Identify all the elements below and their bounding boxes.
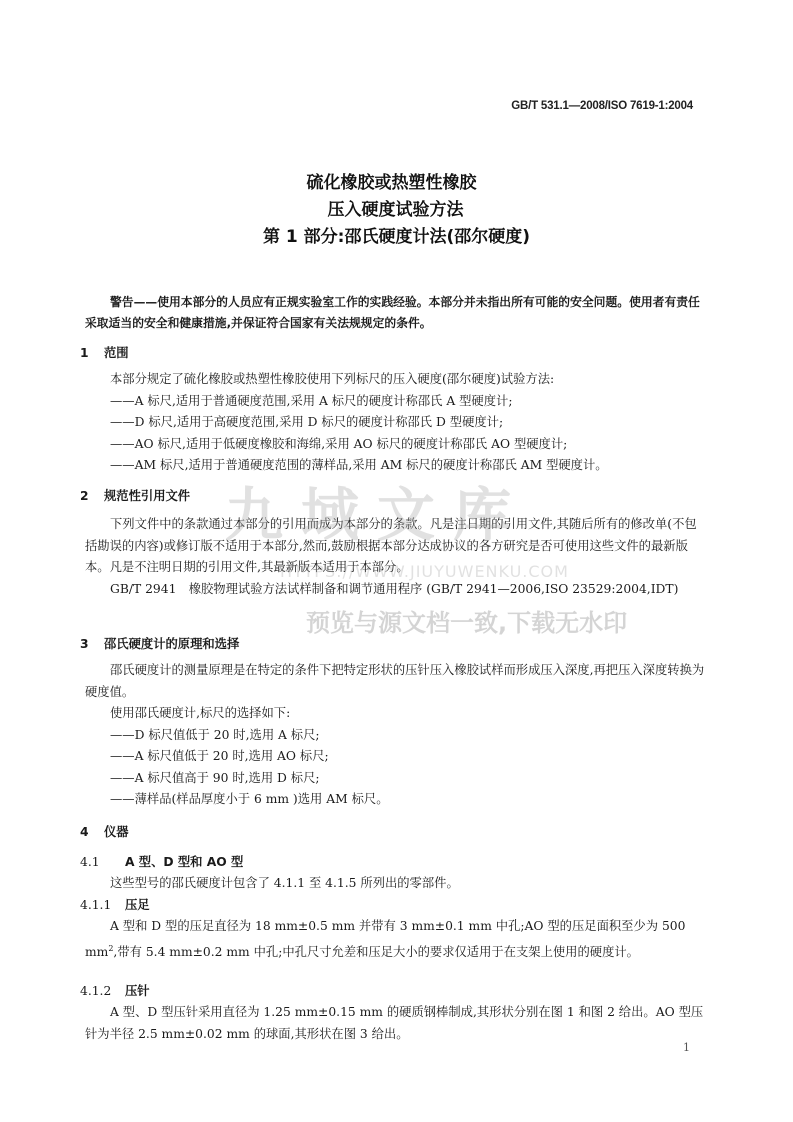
document-title: 硫化橡胶或热塑性橡胶 压入硬度试验方法 第 1 部分:邵氏硬度计法(邵尔硬度): [0, 170, 793, 251]
section-4-1-1-paragraph: A 型和 D 型的压足直径为 18 mm±0.5 mm 并带有 3 mm±0.1…: [85, 916, 707, 963]
list-item: ——A 标尺值低于 20 时,选用 AO 标尺;: [85, 746, 707, 768]
paragraph-text: 这些型号的邵氏硬度计包含了 4.1.1 至 4.1.5 所列出的零部件。: [85, 873, 707, 895]
section-title: 仪器: [104, 825, 129, 839]
section-4-1-2-heading: 4.1.2压针: [80, 981, 150, 999]
list-item: ——D 标尺,适用于高硬度范围,采用 D 标尺的硬度计称邵氏 D 型硬度计;: [85, 412, 707, 434]
section-title: A 型、D 型和 AO 型: [125, 855, 243, 869]
section-number: 4.1: [80, 855, 125, 869]
title-line-3: 第 1 部分:邵氏硬度计法(邵尔硬度): [0, 224, 793, 251]
paragraph-text: A 型和 D 型的压足直径为 18 mm±0.5 mm 并带有 3 mm±0.1…: [85, 916, 707, 963]
section-title: 压针: [125, 984, 150, 998]
section-title: 规范性引用文件: [104, 489, 190, 503]
section-2-heading: 2规范性引用文件: [80, 486, 190, 504]
section-number: 4.1.2: [80, 984, 125, 998]
section-3-intro: 使用邵氏硬度计,标尺的选择如下:: [85, 703, 707, 725]
list-item: ——AO 标尺,适用于低硬度橡胶和海绵,采用 AO 标尺的硬度计称邵氏 AO 型…: [85, 434, 707, 456]
section-2-paragraph: 下列文件中的条款通过本部分的引用而成为本部分的条款。凡是注日期的引用文件,其随后…: [85, 514, 707, 579]
section-number: 4: [80, 825, 104, 839]
section-3-body: 邵氏硬度计的测量原理是在特定的条件下把特定形状的压针压入橡胶试样而形成压入深度,…: [85, 660, 707, 811]
section-number: 4.1.1: [80, 898, 125, 912]
list-item: ——A 标尺,适用于普通硬度范围,采用 A 标尺的硬度计称邵氏 A 型硬度计;: [85, 391, 707, 413]
section-number: 2: [80, 489, 104, 503]
title-line-1: 硫化橡胶或热塑性橡胶: [0, 170, 793, 197]
text-part-b: ,带有 5.4 mm±0.2 mm 中孔;中孔尺寸允差和压足大小的要求仅适用于在…: [113, 945, 639, 959]
section-1-intro: 本部分规定了硫化橡胶或热塑性橡胶使用下列标尺的压入硬度(邵尔硬度)试验方法:: [85, 369, 707, 391]
title-line-2: 压入硬度试验方法: [0, 197, 793, 224]
section-1-body: 本部分规定了硫化橡胶或热塑性橡胶使用下列标尺的压入硬度(邵尔硬度)试验方法: —…: [85, 369, 707, 477]
section-number: 1: [80, 346, 104, 360]
page-number: 1: [683, 1041, 690, 1054]
section-4-1-heading: 4.1A 型、D 型和 AO 型: [80, 852, 243, 870]
list-item: ——A 标尺值高于 90 时,选用 D 标尺;: [85, 768, 707, 790]
watermark-notice: 预览与源文档一致,下载无水印: [306, 603, 627, 638]
section-3-heading: 3邵氏硬度计的原理和选择: [80, 634, 239, 652]
warning-paragraph: 警告——使用本部分的人员应有正规实验室工作的实践经验。本部分并未指出所有可能的安…: [85, 292, 707, 334]
list-item: ——薄样品(样品厚度小于 6 mm )选用 AM 标尺。: [85, 789, 707, 811]
list-item: ——D 标尺值低于 20 时,选用 A 标尺;: [85, 725, 707, 747]
section-4-1-1-heading: 4.1.1压足: [80, 895, 150, 913]
standard-code: GB/T 531.1—2008/ISO 7619-1:2004: [511, 100, 693, 112]
section-4-1-paragraph: 这些型号的邵氏硬度计包含了 4.1.1 至 4.1.5 所列出的零部件。: [85, 873, 707, 895]
list-item: ——AM 标尺,适用于普通硬度范围的薄样品,采用 AM 标尺的硬度计称邵氏 AM…: [85, 455, 707, 477]
section-4-1-2-paragraph: A 型、D 型压针采用直径为 1.25 mm±0.15 mm 的硬质钢棒制成,其…: [85, 1002, 707, 1045]
normative-reference: GB/T 2941 橡胶物理试验方法试样制备和调节通用程序 (GB/T 2941…: [85, 579, 707, 601]
section-4-heading: 4仪器: [80, 822, 129, 840]
section-title: 压足: [125, 898, 150, 912]
paragraph-text: A 型、D 型压针采用直径为 1.25 mm±0.15 mm 的硬质钢棒制成,其…: [85, 1002, 707, 1045]
section-number: 3: [80, 637, 104, 651]
section-3-paragraph: 邵氏硬度计的测量原理是在特定的条件下把特定形状的压针压入橡胶试样而形成压入深度,…: [85, 660, 707, 703]
section-title: 邵氏硬度计的原理和选择: [104, 637, 239, 651]
section-2-body: 下列文件中的条款通过本部分的引用而成为本部分的条款。凡是注日期的引用文件,其随后…: [85, 514, 707, 600]
section-1-heading: 1范围: [80, 343, 129, 361]
section-title: 范围: [104, 346, 129, 360]
